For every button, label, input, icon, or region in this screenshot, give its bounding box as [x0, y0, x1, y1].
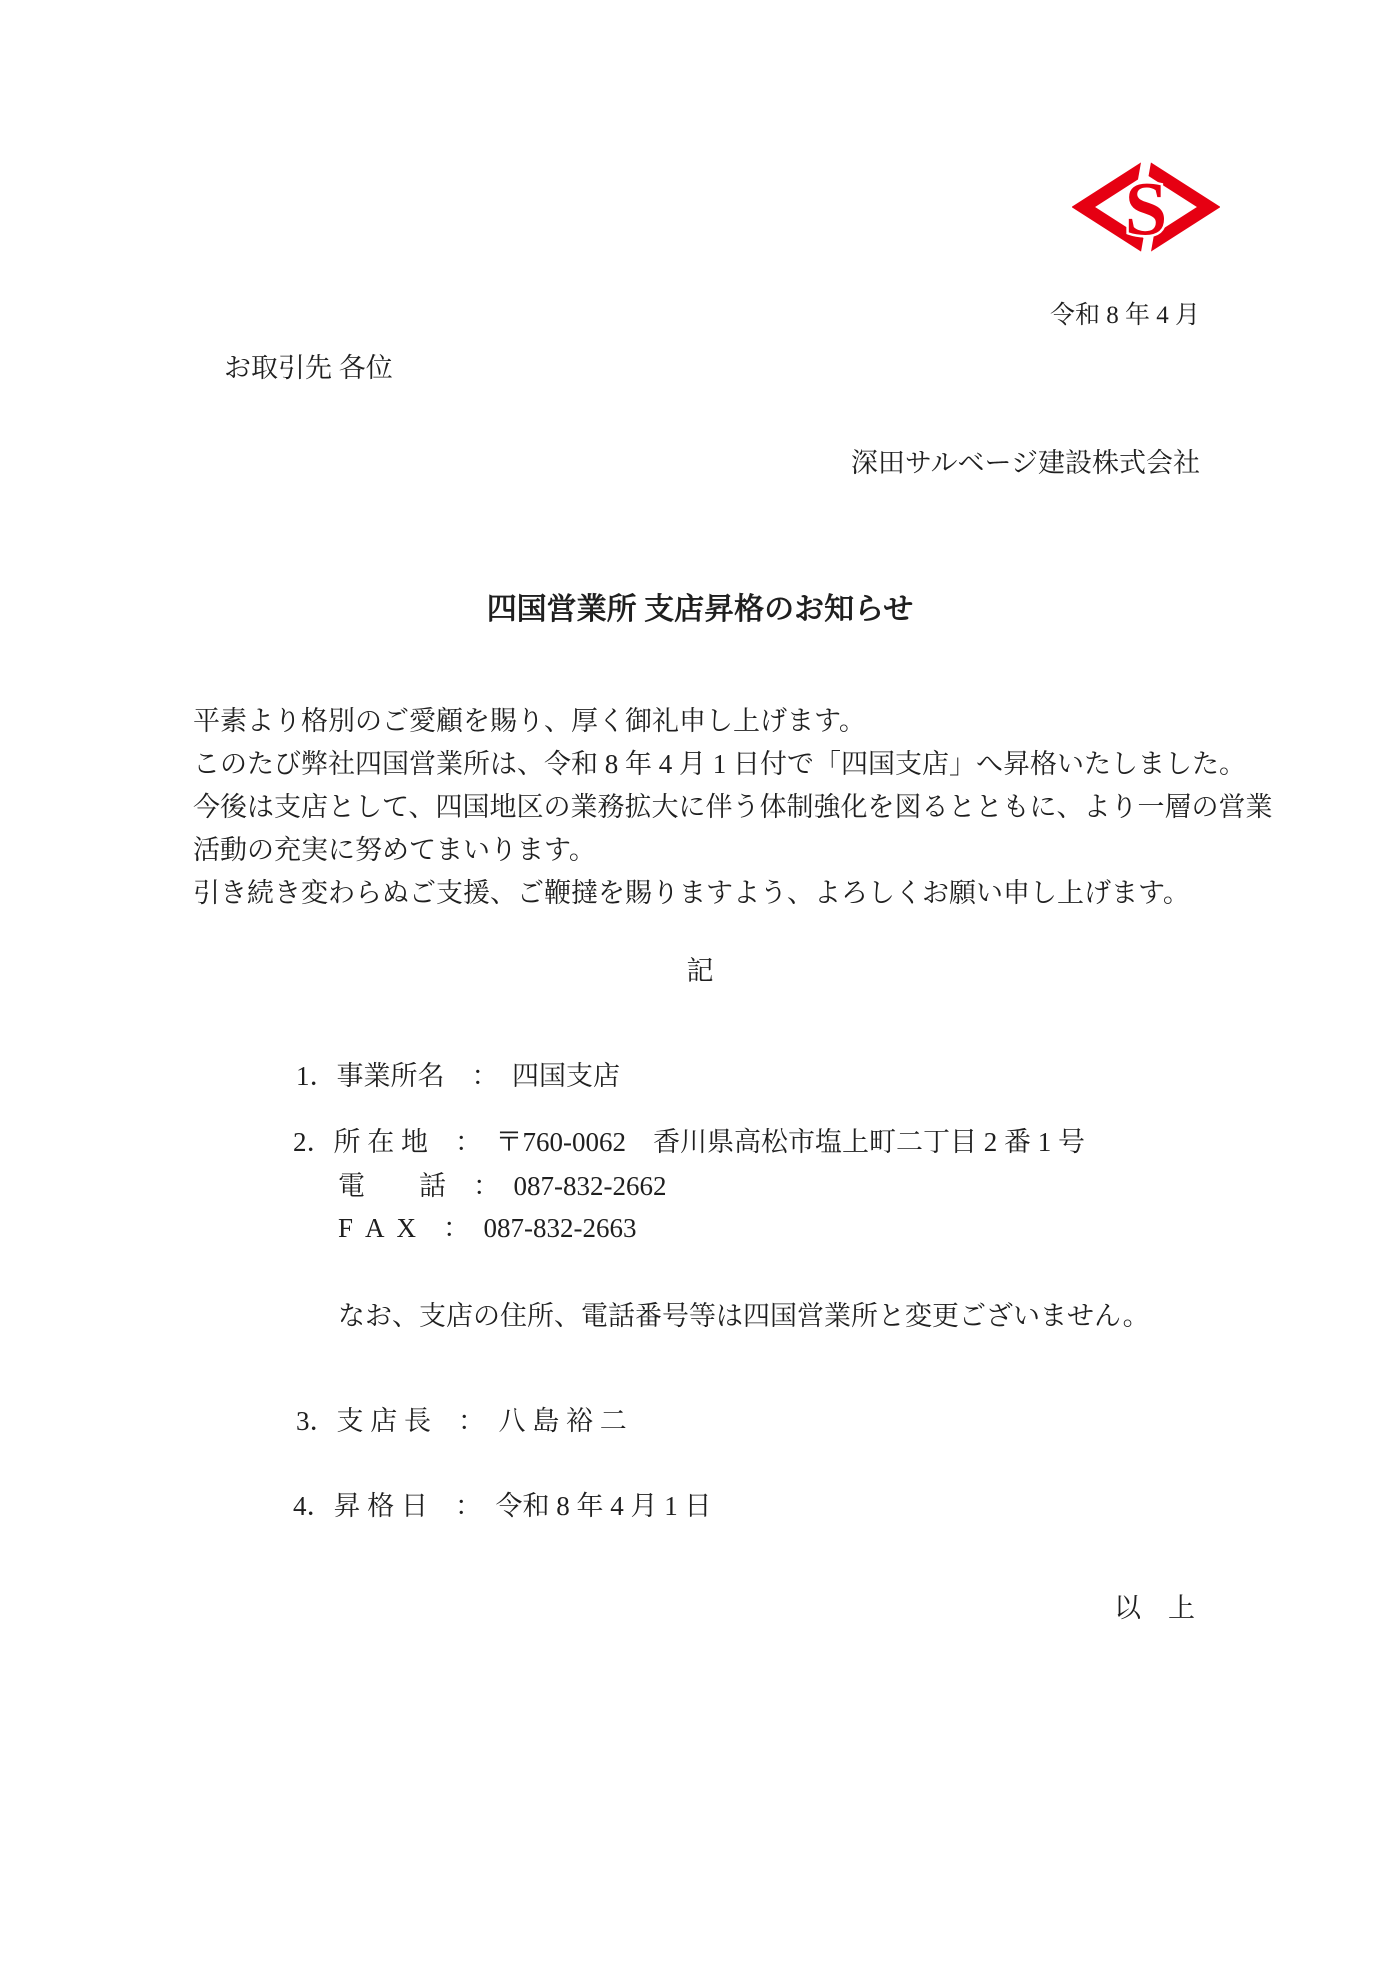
- record-item-address: 2．所 在 地 ： 〒760-0062 香川県高松市塩上町二丁目 2 番 1 号: [293, 1126, 1085, 1158]
- record-item-office-name: 1．事業所名 ： 四国支店: [296, 1060, 620, 1092]
- document-page: S 令和 8 年 4 月 お取引先 各位 深田サルベージ建設株式会社 四国営業所…: [0, 0, 1400, 1980]
- body-line-request: 引き続き変わらぬご支援、ご鞭撻を賜りますよう、よろしくお願い申し上げます。: [193, 872, 1253, 915]
- recipient-line: お取引先 各位: [224, 352, 393, 384]
- record-item-promotion-date: 4．昇 格 日 ： 令和 8 年 4 月 1 日: [293, 1490, 712, 1522]
- record-item-fax: F A X ： 087-832-2663: [338, 1212, 637, 1244]
- logo-graphic: S: [1072, 158, 1220, 256]
- company-logo: S: [1072, 158, 1220, 256]
- record-item-telephone: 電 話 ： 087-832-2662: [338, 1170, 666, 1202]
- issue-date: 令和 8 年 4 月: [1050, 301, 1200, 331]
- record-note-no-change: なお、支店の住所、電話番号等は四国営業所と変更ございません。: [338, 1300, 1150, 1332]
- body-line-plan-1: 今後は支店として、四国地区の業務拡大に伴う体制強化を図るとともに、より一層の営業: [193, 786, 1253, 829]
- record-item-branch-manager: 3．支 店 長 ： 八 島 裕 二: [296, 1405, 627, 1437]
- logo-letter-s: S: [1125, 166, 1168, 251]
- body-line-announcement: このたび弊社四国営業所は、令和 8 年 4 月 1 日付で「四国支店」へ昇格いた…: [193, 743, 1253, 786]
- company-name: 深田サルベージ建設株式会社: [851, 447, 1200, 479]
- record-marker: 記: [0, 955, 1400, 987]
- body-line-plan-2: 活動の充実に努めてまいります。: [193, 829, 1253, 872]
- body-line-greeting: 平素より格別のご愛顧を賜り、厚く御礼申し上げます。: [193, 700, 1253, 743]
- notice-title: 四国営業所 支店昇格のお知らせ: [0, 592, 1400, 628]
- body-paragraph: 平素より格別のご愛顧を賜り、厚く御礼申し上げます。 このたび弊社四国営業所は、令…: [193, 700, 1253, 915]
- closing-word: 以 上: [1114, 1592, 1195, 1624]
